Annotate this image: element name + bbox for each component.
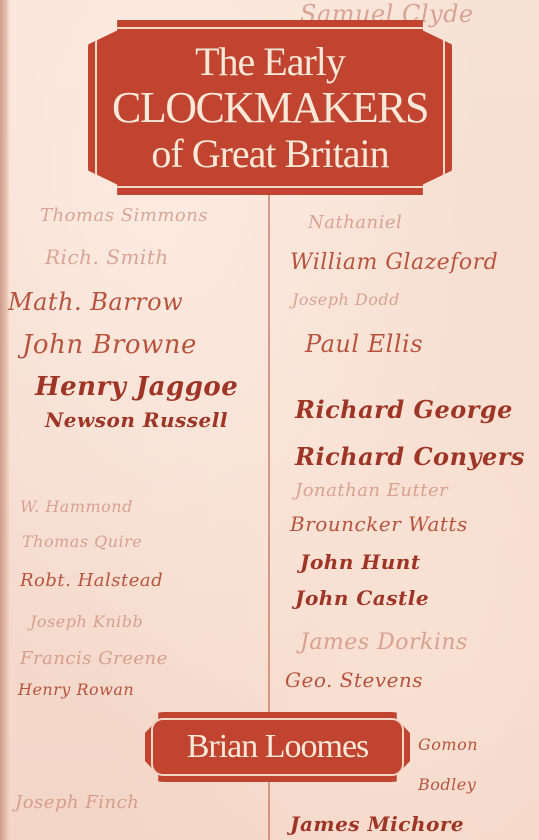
signature-right: Brouncker Watts bbox=[290, 512, 468, 536]
signature-left: Joseph Finch bbox=[15, 792, 139, 813]
signature-left: W. Hammond bbox=[20, 497, 133, 516]
signature-left: Joseph Knibb bbox=[30, 612, 143, 631]
author-panel: Brian Loomes bbox=[145, 712, 410, 782]
signature-right: Joseph Dodd bbox=[292, 290, 400, 309]
book-cover: Samuel Clyde Thomas Simmons Rich. Smith … bbox=[0, 0, 539, 840]
signature-right: Geo. Stevens bbox=[285, 668, 423, 692]
signature-right: Bodley bbox=[418, 775, 476, 794]
book-title: The Early CLOCKMAKERS of Great Britain bbox=[112, 42, 428, 174]
signature-right: William Glazeford bbox=[290, 250, 498, 275]
signature-right: Paul Ellis bbox=[305, 330, 423, 358]
signature-left: Robt. Halstead bbox=[20, 570, 163, 591]
signature-right: John Hunt bbox=[300, 550, 421, 574]
signature-left: Rich. Smith bbox=[45, 245, 169, 269]
signature-right: Gomon bbox=[418, 735, 478, 754]
signature-right: James Michore bbox=[290, 812, 464, 836]
signature-left: John Browne bbox=[22, 330, 197, 360]
title-line: The Early bbox=[112, 42, 428, 82]
signature-left: Thomas Simmons bbox=[40, 205, 208, 226]
signature-right: John Castle bbox=[295, 586, 429, 610]
title-panel: The Early CLOCKMAKERS of Great Britain bbox=[88, 20, 452, 195]
signature-left: Henry Jaggoe bbox=[35, 372, 238, 402]
signature-left: Thomas Quire bbox=[22, 532, 142, 551]
signature-left: Newson Russell bbox=[45, 408, 228, 432]
signature-right: Jonathan Eutter bbox=[295, 480, 448, 501]
signature-right: James Dorkins bbox=[300, 630, 468, 655]
signature-right: Richard George bbox=[295, 395, 513, 424]
spine-edge bbox=[0, 0, 10, 840]
author-name: Brian Loomes bbox=[187, 728, 369, 766]
signature-right: Richard Conyers bbox=[295, 442, 525, 471]
title-line: of Great Britain bbox=[112, 134, 428, 174]
signature-left: Henry Rowan bbox=[18, 680, 134, 699]
signature-right: Nathaniel bbox=[308, 212, 402, 233]
title-line: CLOCKMAKERS bbox=[112, 86, 428, 130]
signature-left: Math. Barrow bbox=[8, 288, 183, 316]
signature-left: Francis Greene bbox=[20, 648, 168, 669]
